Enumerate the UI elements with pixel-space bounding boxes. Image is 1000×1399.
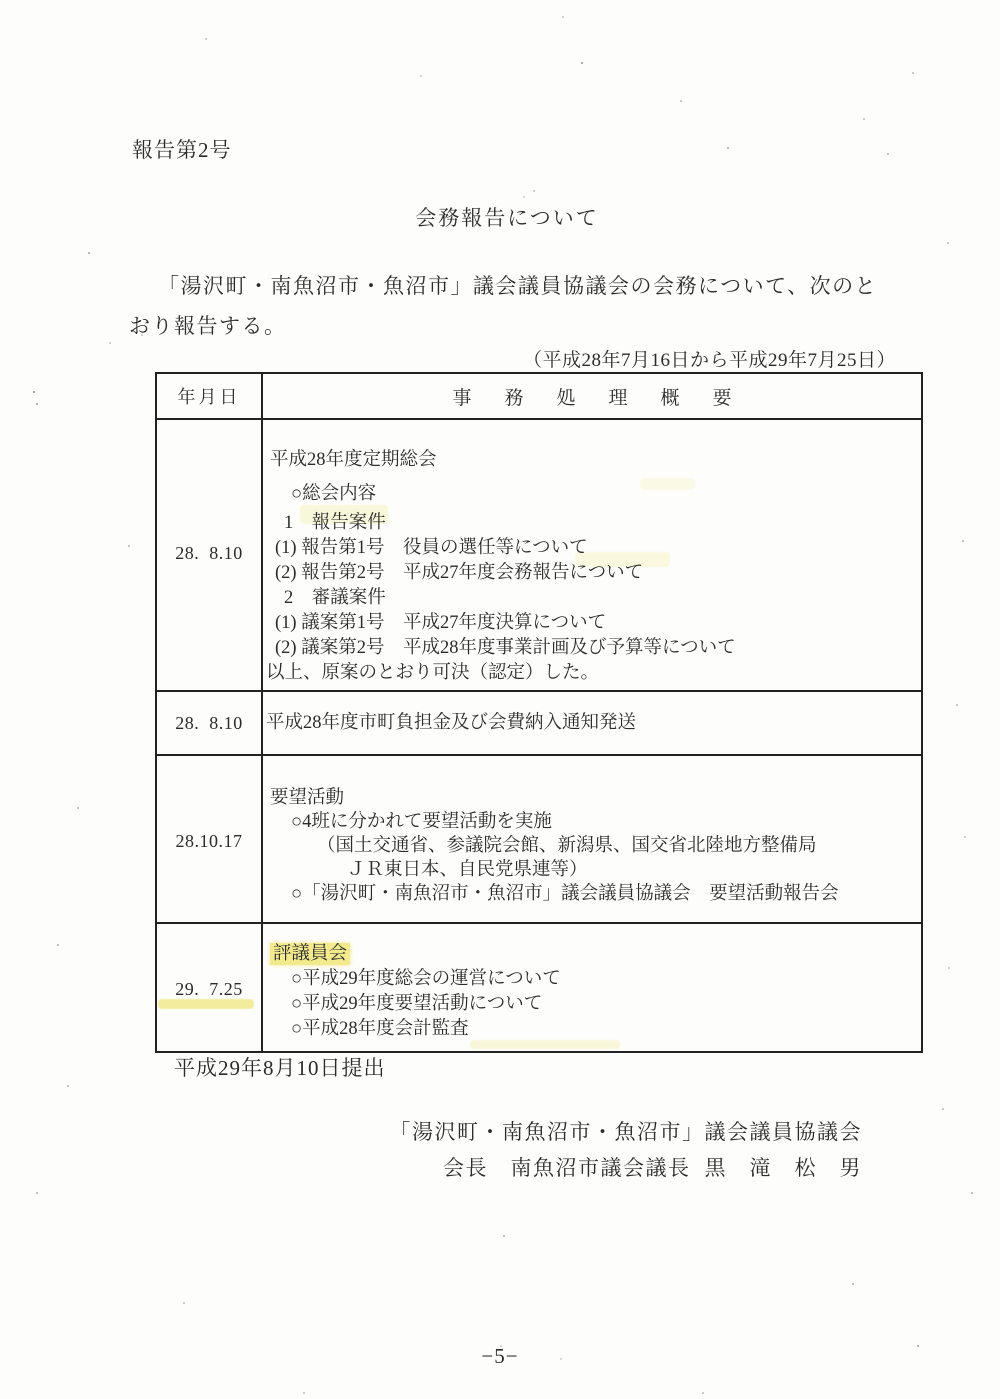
report-number: 報告第2号	[132, 134, 232, 164]
table-cell-line: 以上、原案のとおり可決（認定）した。	[263, 661, 921, 686]
table-row: 29. 7.25 評議員会 ○平成29年度総会の運営について ○平成29年度要望…	[157, 924, 921, 1051]
table-cell-line: ○平成29年度要望活動について	[263, 992, 921, 1017]
table-cell-line: (2) 報告第2号 平成27年度会務報告について	[263, 561, 921, 586]
row-date-cell: 28. 8.10	[157, 692, 263, 754]
page-number: −5−	[0, 1344, 1000, 1369]
signature-line: 会長 南魚沼市議会議長黒 滝 松 男	[390, 1150, 863, 1186]
column-header-description-label: 事 務 処 理 概 要	[445, 383, 738, 410]
report-period: （平成28年7月16日から平成29年7月25日）	[523, 345, 896, 372]
table-cell-line: ○4班に分かれて要望活動を実施	[263, 810, 921, 834]
table-cell-line: ○総会内容	[263, 482, 921, 507]
table-cell-line: (1) 報告第1号 役員の選任等について	[263, 536, 921, 561]
table-cell-line: 評議員会	[263, 942, 921, 967]
signature-name: 黒 滝 松 男	[705, 1156, 863, 1180]
table-header-row: 年月日 事 務 処 理 概 要	[157, 374, 921, 420]
row-description-cell: 評議員会 ○平成29年度総会の運営について ○平成29年度要望活動について ○平…	[263, 924, 921, 1051]
scanned-document-page: 報告第2号 会務報告について 「湯沢町・南魚沼市・魚沼市」議会議員協議会の会務に…	[0, 0, 1000, 1399]
table-cell-line: 1 報告案件	[263, 511, 921, 536]
row-description-cell: 平成28年度定期総会 ○総会内容 1 報告案件 (1) 報告第1号 役員の選任等…	[263, 420, 921, 690]
column-header-date: 年月日	[157, 374, 263, 418]
table-row: 28.10.17 要望活動 ○4班に分かれて要望活動を実施 （国土交通省、参議院…	[157, 756, 921, 924]
table-cell-line: (1) 議案第1号 平成27年度決算について	[263, 611, 921, 636]
report-table: 年月日 事 務 処 理 概 要 28. 8.10 平成28年度定期総会 ○総会内…	[155, 372, 923, 1053]
table-cell-line: 平成28年度定期総会	[263, 448, 921, 473]
row-date: 28.10.17	[176, 831, 243, 852]
table-cell-line: 要望活動	[263, 786, 921, 810]
intro-paragraph-line2: おり報告する。	[129, 310, 287, 340]
row-description-cell: 要望活動 ○4班に分かれて要望活動を実施 （国土交通省、参議院会館、新潟県、国交…	[263, 756, 921, 922]
column-header-date-label: 年月日	[178, 383, 241, 409]
scan-noise	[581, 62, 583, 64]
table-cell-line: ○「湯沢町・南魚沼市・魚沼市」議会議員協議会 要望活動報告会	[263, 882, 921, 906]
row-date-cell: 29. 7.25	[157, 924, 263, 1051]
row-date: 28. 8.10	[175, 713, 243, 734]
highlighted-text: 評議員会	[270, 943, 350, 965]
signature-organization: 「湯沢町・南魚沼市・魚沼市」議会議員協議会	[390, 1114, 863, 1150]
intro-paragraph-line1: 「湯沢町・南魚沼市・魚沼市」議会議員協議会の会務について、次のと	[158, 270, 877, 300]
table-cell-line: 2 審議案件	[263, 586, 921, 611]
table-row: 28. 8.10 平成28年度定期総会 ○総会内容 1 報告案件 (1) 報告第…	[157, 420, 921, 692]
submission-date: 平成29年8月10日提出	[174, 1052, 386, 1082]
page-title: 会務報告について	[0, 202, 1000, 232]
row-description-cell: 平成28年度市町負担金及び会費納入通知発送	[263, 692, 921, 754]
table-cell-line: ＪＲ東日本、自民党県連等）	[263, 858, 921, 882]
column-header-description: 事 務 処 理 概 要	[263, 374, 921, 418]
table-cell-line: ○平成29年度総会の運営について	[263, 967, 921, 992]
signature-block: 「湯沢町・南魚沼市・魚沼市」議会議員協議会 会長 南魚沼市議会議長黒 滝 松 男	[390, 1114, 863, 1186]
row-date: 28. 8.10	[175, 543, 243, 564]
table-cell-line: 平成28年度市町負担金及び会費納入通知発送	[263, 711, 636, 736]
table-row: 28. 8.10 平成28年度市町負担金及び会費納入通知発送	[157, 692, 921, 756]
table-cell-line: （国土交通省、参議院会館、新潟県、国交省北陸地方整備局	[263, 834, 921, 858]
table-cell-line: (2) 議案第2号 平成28年度事業計画及び予算等について	[263, 636, 921, 661]
table-cell-line: ○平成28年度会計監査	[263, 1017, 921, 1042]
row-date: 29. 7.25	[175, 979, 243, 1000]
row-date-cell: 28. 8.10	[157, 420, 263, 690]
row-date-cell: 28.10.17	[157, 756, 263, 922]
signature-role: 会長 南魚沼市議会議長	[443, 1156, 691, 1180]
